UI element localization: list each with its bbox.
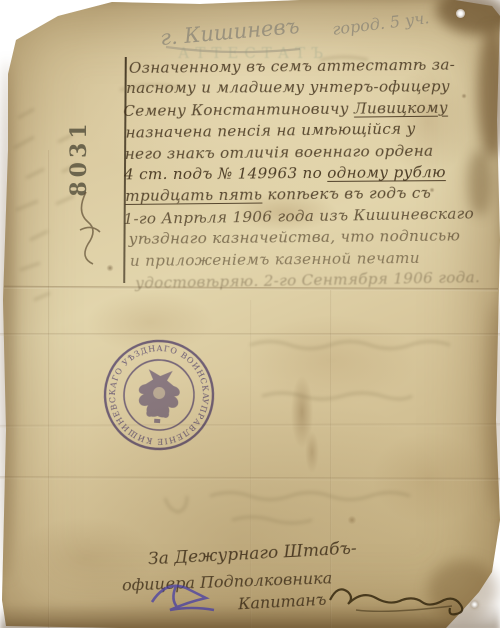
underlined-text: Ливицкому [354, 98, 448, 117]
punch-hole-bottom [471, 601, 478, 608]
line-text: копѣекъ въ годъ съ [262, 184, 431, 204]
line-text: назначена пенсія на имѣющійся у [125, 120, 415, 142]
line-text: удостовѣряю. 2-го Сентября 1906 года. [135, 268, 480, 292]
line-text: него знакъ отличія военнаго ордена [125, 141, 434, 162]
underlined-text: одному рублю [327, 163, 446, 182]
official-round-stamp: УПРАВЛЕНІЕ КИШИНЕВСКАГО УѢЗДНАГО ВОИНСКА… [96, 332, 222, 458]
underlined-text: тридцать пять [125, 186, 262, 205]
line-text: 1-го Апрѣля 1906 года изъ Кишиневскаго [123, 204, 474, 228]
double-headed-eagle-icon [137, 369, 182, 425]
scan-background: { "doc": { "pencil_annotation": { "left"… [0, 0, 500, 628]
handwritten-line: пасному и младшему унтеръ-офицеру [126, 76, 494, 99]
registry-number-stamp: 8031 [66, 108, 92, 208]
line-text: Семену Константиновичу [123, 99, 354, 119]
body-text: Означенному въ семъ аттестатѣ за-пасному… [129, 54, 499, 293]
line-text: пасному и младшему унтеръ-офицеру [126, 78, 450, 98]
stamp-seal-graphic: УПРАВЛЕНІЕ КИШИНЕВСКАГО УѢЗДНАГО ВОИНСКА… [96, 332, 222, 458]
line-text: уѣзднаго казначейства, что подписью [129, 227, 461, 248]
line-text: и приложеніемъ казенной печати [130, 249, 420, 270]
punch-hole-top [456, 9, 465, 18]
line-text: 4 ст. подъ № 149963 по [124, 164, 327, 183]
line-text: Означенному въ семъ аттестатѣ за- [129, 56, 455, 77]
